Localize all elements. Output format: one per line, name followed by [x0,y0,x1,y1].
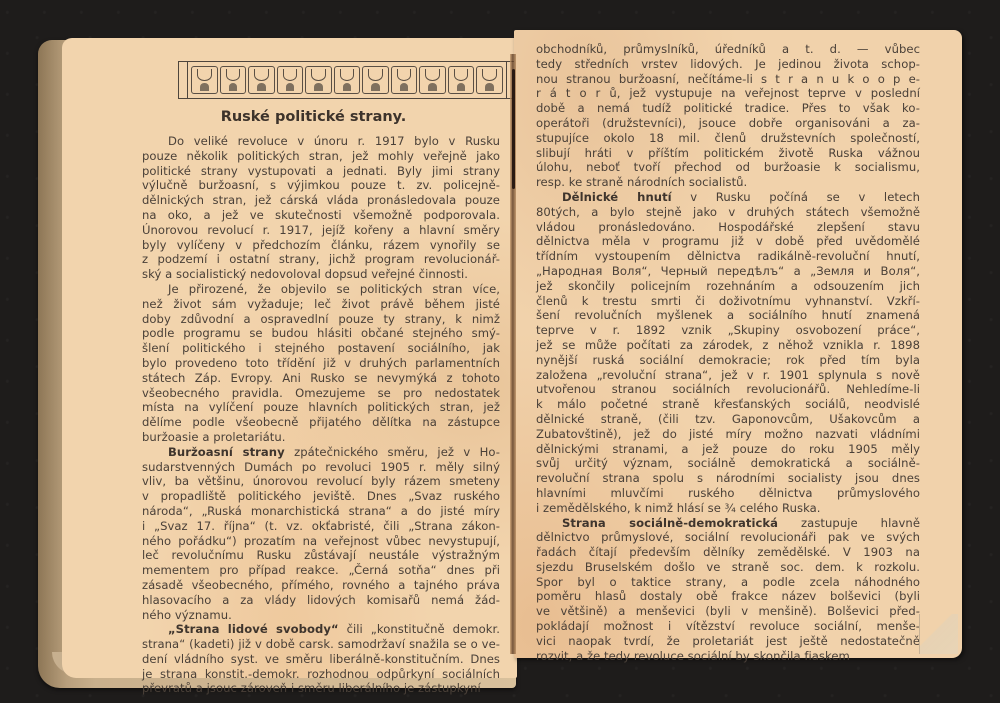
text-line: „Народная Воля“, Черный передѣлъ“ a „Зем… [536,264,920,279]
text-line: hlasovacího a za vlády lidových komisařů… [142,593,500,608]
section-heading-run: „Strana lidové svobody“ [168,622,339,636]
text-line: Buržoasní strany zpátečnického směru, je… [142,445,500,460]
text-line: slibují hráti v příštím politickém život… [536,146,920,161]
dog-eared-corner [919,614,958,654]
ornament-tile [220,66,247,94]
text-line: Zubatovštině), jež do jisté míry možno n… [536,427,920,442]
text-line: dení vládního syst. ve směru liberálně-k… [142,652,500,667]
text-line: dělnických stran, jež cárská vláda proná… [142,193,500,208]
text-line: byly vylíčeny v předchozím článku, rázem… [142,238,500,253]
text-line: národa“, „Ruská monarchistická strana“ a… [142,504,500,519]
ornament-tile [305,66,332,94]
ornament-tile [248,66,275,94]
ornament-tile [391,66,418,94]
ornament-tile [277,66,304,94]
text-line: výlučně buržoasní, s výjimkou pouze t. z… [142,178,500,193]
text-line: i „Svaz 17. října“ (t. vz. okťabristé, č… [142,519,500,534]
section-heading-run: Buržoasní strany [168,445,285,459]
page-title: Ruské politické strany. [86,109,541,125]
right-page: obchodníků, průmyslníků, úředníků a t. d… [514,30,962,658]
section-heading-run: Strana sociálně-demokratická [562,516,778,530]
text-line: revoluční strana spolu s národními socia… [536,471,920,486]
text-line: v propadliště politického jeviště. Dnes … [142,489,500,504]
text-line: sjezdu Bruselském došlo ve straně soc. d… [536,560,920,575]
ornament-tile-row [191,66,503,94]
text-line: třídním vystoupením dělnictva radikálně-… [536,249,920,264]
text-line: bylo provedeno toto třídění již v druhýc… [142,356,500,371]
decorative-header-band [178,61,516,99]
text-line: Strana sociálně-demokratická zastupuje h… [536,516,920,531]
text-line: šlení politického i stejného postavení s… [142,341,500,356]
text-line: k málo početné straně křesťanských sociá… [536,397,920,412]
text-line: Spor byl o taktice strany, a podle zcela… [536,575,920,590]
ornament-tile [476,66,503,94]
text-line: ský a socialistický nedovoloval dopsud v… [142,267,500,282]
text-line: sudarstvenných Dumách po revoluci 1905 r… [142,460,500,475]
text-line: obchodníků, průmyslníků, úředníků a t. d… [536,42,920,57]
text-line: převratů a jsouc zároveň i směru liberál… [142,681,500,696]
text-line: pouze několik politických stran, jež moh… [142,149,500,164]
text-line: Je přirozené, že objevilo se politických… [142,282,500,297]
left-page-body-text: Do veliké revoluce v únoru r. 1917 bylo … [142,134,500,696]
text-line: dělnické straně, (čili tzv. Gaponovcům, … [536,412,920,427]
text-line: členů k trestu smrti či doživotnímu vyhn… [536,294,920,309]
text-line: dělnickými stranami, a jež pouze do roku… [536,442,920,457]
text-line: dělnictva měla v programu již v době pře… [536,234,920,249]
text-line: pokládají možnost i vítězství revoluce s… [536,619,920,634]
text-line: strana“ (kadeti) již v době carsk. samod… [142,637,500,652]
text-line: vici naopak tvrdí, že proletariát jest j… [536,634,920,649]
text-line: Dělnické hnutí v Rusku počíná se v letec… [536,190,920,205]
text-line: tedy středních vrstev lidových. Je jedin… [536,57,920,72]
text-line: ného významu. [142,608,500,623]
text-line: je strana konstit.-demokr. rozhodnou odp… [142,667,500,682]
text-line: vládou pronásledováno. Hospodářské zlepš… [536,220,920,235]
ornament-tile [334,66,361,94]
text-line: Do veliké revoluce v únoru r. 1917 bylo … [142,134,500,149]
text-line: nou stranou buržoasní, nečítáme-li s t r… [536,72,920,87]
text-line: dělíme podle všeobecně přijatého dělítka… [142,415,500,430]
text-line: buržoasie a proletariátu. [142,430,500,445]
text-line: ve většině) a menševici (byli v menšině)… [536,604,920,619]
text-line: leč revolučnímu Rusku zůstávají neustále… [142,548,500,563]
text-line: nynější ruská sociální demokracie; rok p… [536,353,920,368]
text-line: operátoři (družstevníci), jsouce dobře o… [536,116,920,131]
text-line: hlavními mluvčími ruského dělnictva prům… [536,486,920,501]
text-line: z podzemí i ostatní strany, jichž progra… [142,252,500,267]
ornament-tile [362,66,389,94]
text-line: mementem pro případ reakce. „Černá sotňa… [142,563,500,578]
text-line: všeobecného pravidla. Omezujeme se pro n… [142,386,500,401]
text-line: „Strana lidové svobody“ čili „konstitučn… [142,622,500,637]
text-line: podle programu se budou hlásiti občané s… [142,326,500,341]
text-line: 80tých, a bylo stejně jako v druhých stá… [536,205,920,220]
ornament-tile [448,66,475,94]
ornament-tile [419,66,446,94]
text-line: poměru hlasů dostaly obě frakce název bo… [536,589,920,604]
text-line: úlohu, neboť tvoří přechod od buržoasie … [536,160,920,175]
text-line: místa na vylíčení pouze hlavních politic… [142,400,500,415]
text-line: r á t o r ů, jež vystupuje na veřejnost … [536,86,920,101]
ornament-tile [191,66,218,94]
text-line: vliv, ba většinu, únorovou revolucí byly… [142,474,500,489]
right-page-body-text: obchodníků, průmyslníků, úředníků a t. d… [536,42,920,663]
text-line: šení revolučních myšlenek a sociálního h… [536,308,920,323]
text-line: zásadě všeobecného, přímého, rovného a t… [142,578,500,593]
text-line: teprve v r. 1892 vznik „Skupiny osvoboze… [536,323,920,338]
text-line: řadách čítají především dělníky zeměděls… [536,545,920,560]
text-line: Únorovou revolucí r. 1917, jejíž kořeny … [142,223,500,238]
text-line: jež skončily policejním rozehnáním a ods… [536,279,920,294]
text-line: utvořenou stranou sociálních revolucioná… [536,382,920,397]
text-line: době a nemá tudíž politické tradice. Pře… [536,101,920,116]
text-line: svůj určitý význam, sociálně demokratick… [536,456,920,471]
text-line: stupujíce okolo 18 mil. členů družstevní… [536,131,920,146]
text-line: jež se může počítati za zárodek, z něhož… [536,338,920,353]
text-line: doby zdůvodní a ospravedlní pouze ty str… [142,312,500,327]
text-line: i zemědělského, k nimž hlásí se ¾ celého… [536,501,920,516]
text-line: než život sám vyžaduje; leč život právě … [142,297,500,312]
section-heading-run: Dělnické hnutí [562,190,672,204]
spine-tear [512,69,515,189]
left-page: Ruské politické strany. Do veliké revolu… [62,38,517,678]
text-line: ného pořádku“) prozatím na veřejnost vůb… [142,534,500,549]
text-line: politické strany vystupovati a jednati. … [142,164,500,179]
text-line: rozvit, a že tedy revoluce sociální by s… [536,649,920,664]
text-line: dělnictvo průmyslové, sociální revolucio… [536,530,920,545]
text-line: státech Záp. Evropy. Ani Rusko se nevymý… [142,371,500,386]
text-line: založena „revoluční strana“, jež v r. 19… [536,368,920,383]
text-line: resp. ke straně národních socialistů. [536,175,920,190]
open-booklet: Ruské politické strany. Do veliké revolu… [38,24,963,676]
text-line: na oko, a jež ve skutečnosti všemožně po… [142,208,500,223]
